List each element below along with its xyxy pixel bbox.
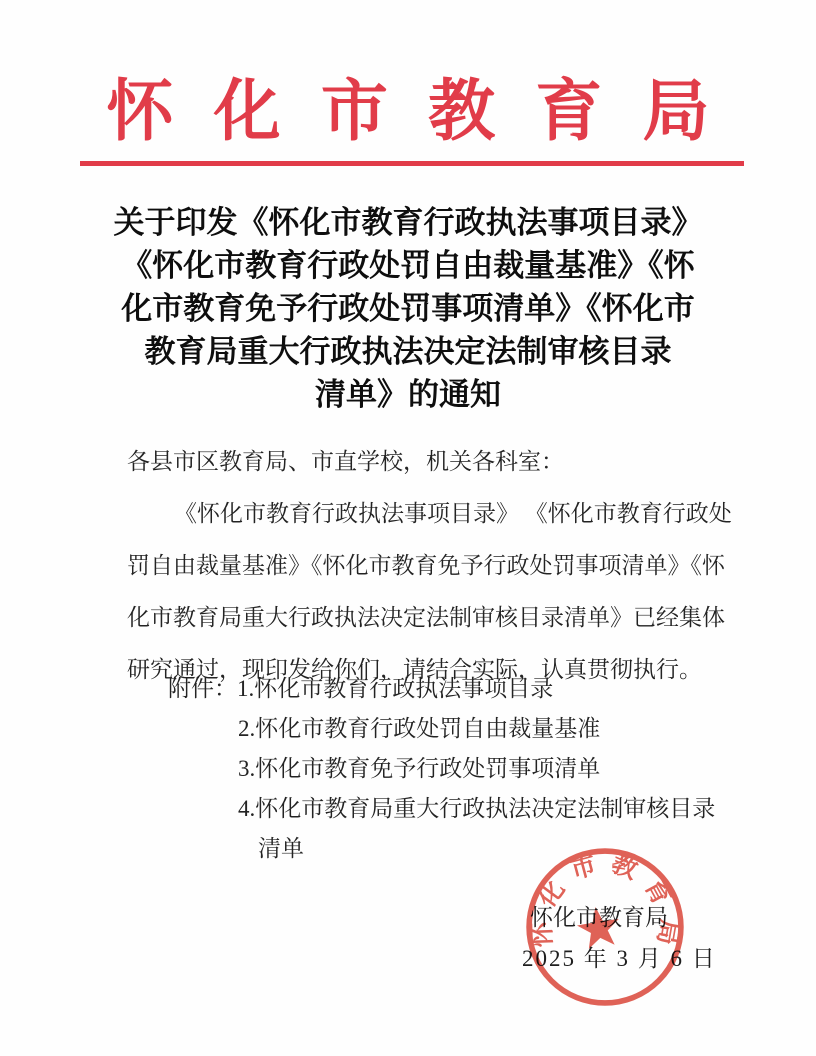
paragraph-line: 化市教育局重大行政执法决定法制审核目录清单》已经集体 bbox=[127, 592, 702, 644]
attachment-item: 4.怀化市教育局重大行政执法决定法制审核目录 bbox=[238, 794, 715, 824]
paragraph-line: 《怀化市教育行政执法事项目录》 《怀化市教育行政处 bbox=[127, 488, 702, 540]
title-line: 化市教育免予行政处罚事项清单》《怀化市 bbox=[0, 287, 816, 330]
title-line: 《怀化市教育行政处罚自由裁量基准》《怀 bbox=[0, 244, 816, 287]
seal-text: 怀化市教育局 bbox=[528, 848, 684, 958]
letterhead-agency-name: 怀化市教育局 bbox=[0, 72, 816, 152]
attachment-item: 1.怀化市教育行政执法事项目录 bbox=[237, 676, 553, 701]
official-seal: 怀化市教育局 bbox=[524, 846, 686, 1008]
seal-arc-text-holder: 怀化市教育局 bbox=[528, 848, 684, 958]
salutation-line: 各县市区教育局、市直学校，机关各科室： bbox=[127, 436, 702, 488]
attachment-line-1: 附件：1.怀化市教育行政执法事项目录 bbox=[168, 674, 553, 704]
red-divider-line bbox=[80, 161, 744, 166]
body-text: 各县市区教育局、市直学校，机关各科室： 《怀化市教育行政执法事项目录》 《怀化市… bbox=[127, 436, 702, 696]
paragraph-line: 罚自由裁量基准》《怀化市教育免予行政处罚事项清单》《怀 bbox=[127, 540, 702, 592]
title-line: 清单》的通知 bbox=[0, 373, 816, 416]
title-line: 教育局重大行政执法决定法制审核目录 bbox=[0, 330, 816, 373]
document-page: 怀化市教育局 关于印发《怀化市教育行政执法事项目录》 《怀化市教育行政处罚自由裁… bbox=[0, 0, 816, 1056]
attachment-item: 3.怀化市教育免予行政处罚事项清单 bbox=[238, 754, 600, 784]
title-line: 关于印发《怀化市教育行政执法事项目录》 bbox=[0, 201, 816, 244]
attachment-item-wrap: 清单 bbox=[258, 834, 304, 864]
attachments-label: 附件： bbox=[168, 676, 237, 701]
attachment-item: 2.怀化市教育行政处罚自由裁量基准 bbox=[238, 714, 600, 744]
document-title: 关于印发《怀化市教育行政执法事项目录》 《怀化市教育行政处罚自由裁量基准》《怀 … bbox=[0, 201, 816, 416]
star-icon bbox=[575, 904, 623, 950]
